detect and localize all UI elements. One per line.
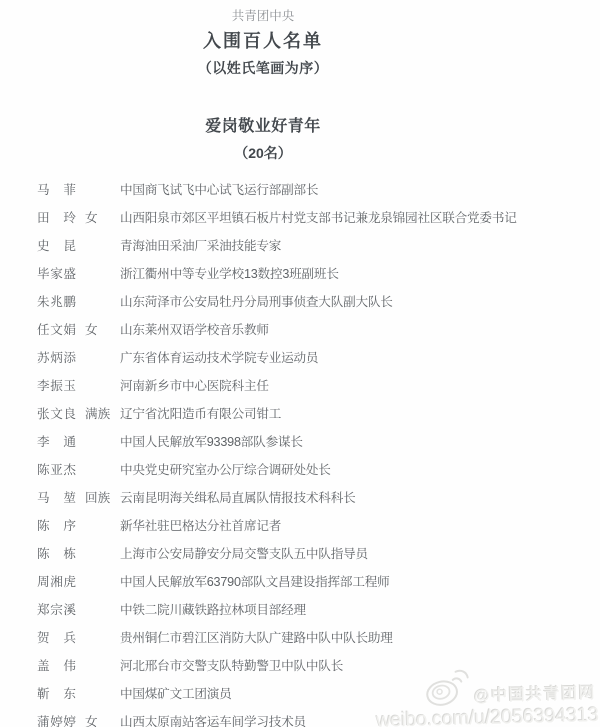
entry-desc: 河北邢台市交警支队特勤警卫中队中队长 — [120, 655, 343, 674]
entry-name: 靳东 — [37, 683, 76, 702]
entry-row: 史昆 青海油田采油厂采油技能专家 — [0, 230, 600, 258]
entry-row: 张文良 满族 辽宁省沈阳造币有限公司钳工 — [0, 398, 600, 426]
document-page: 共青团中央 入围百人名单 （以姓氏笔画为序） 爱岗敬业好青年 （20名） 马菲 … — [0, 0, 600, 727]
entry-name: 苏炳添 — [37, 347, 76, 366]
entry-desc: 河南新乡市中心医院科主任 — [120, 375, 269, 394]
entry-name: 陈序 — [37, 515, 76, 534]
entry-row: 李通 中国人民解放军93398部队参谋长 — [0, 426, 600, 454]
entry-name: 张文良 — [37, 403, 76, 422]
entry-tag: 女 — [85, 319, 119, 338]
entry-row: 马菲 中国商飞试飞中心试飞运行部副部长 — [0, 174, 600, 202]
entry-desc: 中国煤矿文工团演员 — [120, 683, 232, 702]
entry-row: 毕家盛 浙江衢州中等专业学校13数控3班副班长 — [0, 258, 600, 286]
entry-tag: 满族 — [85, 403, 119, 422]
entry-row: 马堃 回族 云南昆明海关缉私局直属队情报技术科科长 — [0, 482, 600, 510]
entry-desc: 辽宁省沈阳造币有限公司钳工 — [120, 403, 281, 422]
weibo-logo-icon — [424, 660, 469, 708]
document-source: 共青团中央 — [0, 6, 526, 24]
entries-list: 马菲 中国商飞试飞中心试飞运行部副部长 田玲 女 山西阳泉市郊区平坦镇石板片村党… — [0, 174, 600, 727]
document-title: 入围百人名单 — [0, 27, 526, 53]
entry-name: 贺兵 — [37, 627, 76, 646]
entry-desc: 上海市公安局静安分局交警支队五中队指导员 — [120, 543, 368, 562]
entry-row: 任文娟 女 山东莱州双语学校音乐教师 — [0, 314, 600, 342]
entry-name: 陈栋 — [37, 543, 76, 562]
section-title: 爱岗敬业好青年 — [0, 113, 526, 136]
entry-name: 朱兆鹏 — [37, 291, 76, 310]
entry-row: 陈栋 上海市公安局静安分局交警支队五中队指导员 — [0, 538, 600, 566]
entry-desc: 山西太原南站客运车间学习技术员 — [120, 711, 306, 727]
entry-desc: 云南昆明海关缉私局直属队情报技术科科长 — [120, 487, 355, 506]
entry-desc: 中央党史研究室办公厅综合调研处处长 — [120, 459, 331, 478]
entry-name: 李振玉 — [37, 375, 76, 394]
entry-row: 陈序 新华社驻巴格达分社首席记者 — [0, 510, 600, 538]
entry-tag: 女 — [85, 207, 119, 226]
entry-desc: 浙江衢州中等专业学校13数控3班副班长 — [120, 263, 339, 282]
entry-name: 陈亚杰 — [37, 459, 76, 478]
entry-desc: 山东菏泽市公安局牡丹分局刑事侦查大队副大队长 — [120, 291, 393, 310]
document-subtitle: （以姓氏笔画为序） — [0, 58, 526, 78]
entry-row: 郑宗溪 中铁二院川藏铁路拉林项目部经理 — [0, 594, 600, 622]
entry-row: 朱兆鹏 山东菏泽市公安局牡丹分局刑事侦查大队副大队长 — [0, 286, 600, 314]
section-count: （20名） — [0, 143, 526, 163]
entry-name: 史昆 — [37, 235, 76, 254]
entry-desc: 山西阳泉市郊区平坦镇石板片村党支部书记兼龙泉锦园社区联合党委书记 — [120, 207, 517, 226]
entry-name: 郑宗溪 — [37, 599, 76, 618]
watermark-url: weibo.com/u/2056394313 — [360, 705, 600, 727]
entry-desc: 新华社驻巴格达分社首席记者 — [120, 515, 281, 534]
entry-row: 李振玉 河南新乡市中心医院科主任 — [0, 370, 600, 398]
entry-name: 盖伟 — [37, 655, 76, 674]
entry-row: 周湘虎 中国人民解放军63790部队文昌建设指挥部工程师 — [0, 566, 600, 594]
watermark-handle: @中国共青团网 — [474, 686, 596, 705]
weibo-watermark: @中国共青团网 weibo.com/u/2056394313 — [358, 657, 600, 727]
entry-row: 田玲 女 山西阳泉市郊区平坦镇石板片村党支部书记兼龙泉锦园社区联合党委书记 — [0, 202, 600, 230]
entry-desc: 青海油田采油厂采油技能专家 — [120, 235, 281, 254]
entry-name: 蒲婷婷 — [37, 711, 76, 727]
entry-name: 马堃 — [37, 487, 76, 506]
entry-name: 马菲 — [37, 179, 76, 198]
watermark-line1: @中国共青团网 — [358, 657, 599, 708]
entry-name: 周湘虎 — [37, 571, 76, 590]
entry-row: 苏炳添 广东省体育运动技术学院专业运动员 — [0, 342, 600, 370]
entry-desc: 山东莱州双语学校音乐教师 — [120, 319, 269, 338]
entry-row: 贺兵 贵州铜仁市碧江区消防大队广建路中队中队长助理 — [0, 622, 600, 650]
entry-desc: 中国人民解放军93398部队参谋长 — [120, 431, 303, 450]
entry-name: 任文娟 — [37, 319, 76, 338]
entry-desc: 贵州铜仁市碧江区消防大队广建路中队中队长助理 — [120, 627, 393, 646]
entry-desc: 广东省体育运动技术学院专业运动员 — [120, 347, 318, 366]
entry-tag: 女 — [85, 711, 119, 727]
entry-row: 陈亚杰 中央党史研究室办公厅综合调研处处长 — [0, 454, 600, 482]
entry-name: 李通 — [37, 431, 76, 450]
entry-tag: 回族 — [85, 487, 119, 506]
entry-desc: 中国人民解放军63790部队文昌建设指挥部工程师 — [120, 571, 390, 590]
entry-name: 毕家盛 — [37, 263, 76, 282]
entry-desc: 中国商飞试飞中心试飞运行部副部长 — [120, 179, 318, 198]
entry-name: 田玲 — [37, 207, 76, 226]
entry-desc: 中铁二院川藏铁路拉林项目部经理 — [120, 599, 306, 618]
